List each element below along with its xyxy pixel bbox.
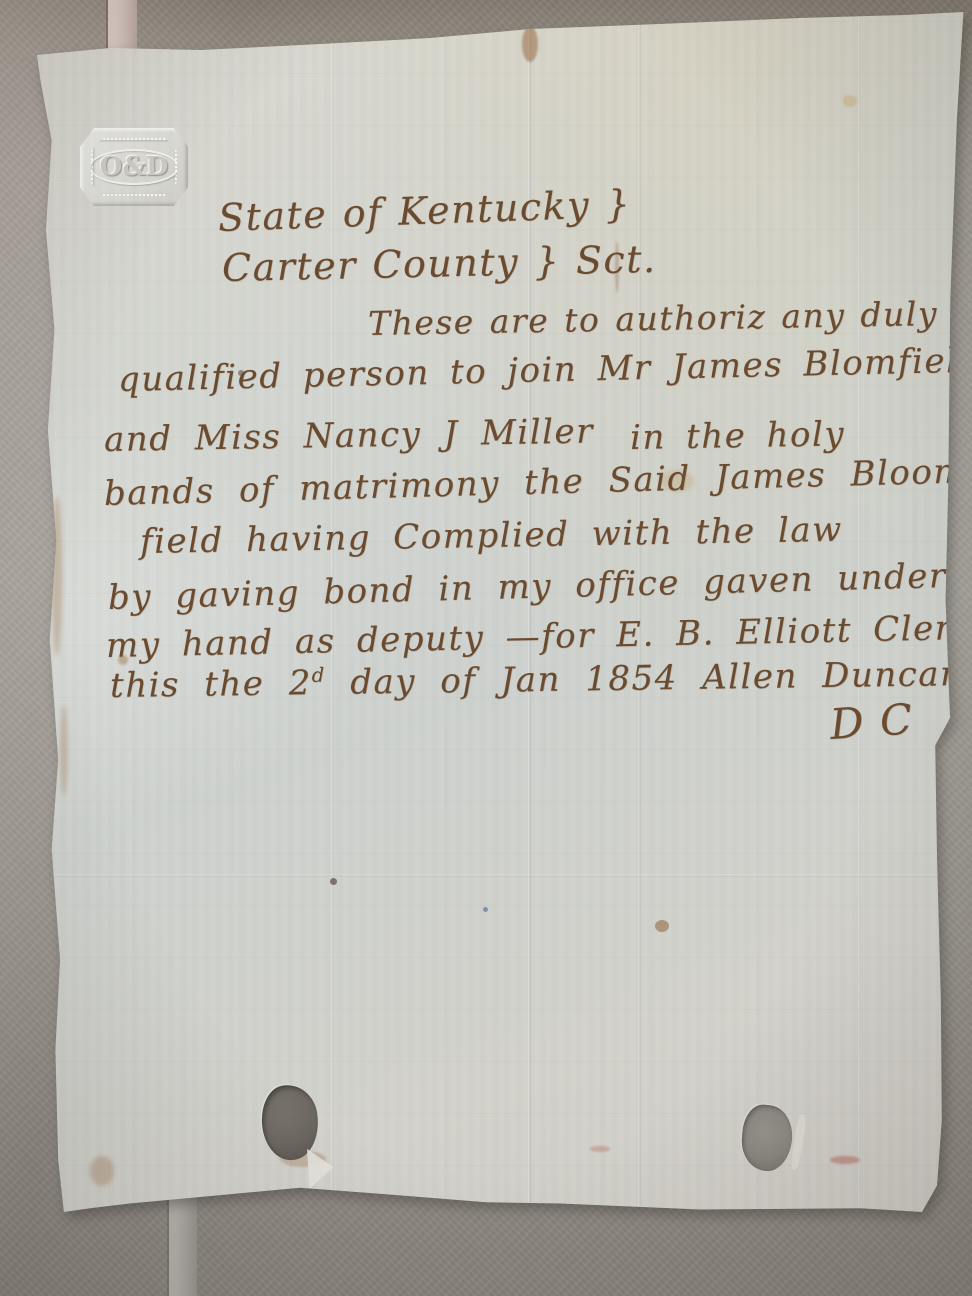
paper-hole-right <box>740 1103 794 1172</box>
date-prefix: this the 2 <box>110 663 312 706</box>
handwritten-line-county: Carter County } Sct. <box>222 237 657 290</box>
horizontal-fold-crease <box>49 874 951 877</box>
handwritten-line-3: These are to authoriz any duly <box>368 294 939 343</box>
red-mark <box>830 1156 860 1164</box>
date-superscript: d <box>312 664 326 687</box>
handwritten-line-5b: in the holy <box>630 414 846 458</box>
handwritten-line-deputy-clerk-initials: D C <box>828 694 915 749</box>
embossed-seal-text: O&D <box>100 152 169 182</box>
embossed-seal-border: O&D <box>91 138 177 196</box>
date-suffix: day of Jan 1854 Allen Duncan <box>326 654 964 703</box>
document-paper-wrapper: O&D State of Kentucky } Carter County } … <box>30 6 970 1218</box>
speck <box>330 878 337 885</box>
embossed-seal: O&D <box>80 128 188 206</box>
handwritten-line-7: field having Complied with the law <box>140 510 843 562</box>
handwritten-line-6: bands of matrimony the Said James Bloom <box>103 451 967 514</box>
document-paper: O&D State of Kentucky } Carter County } … <box>30 6 970 1218</box>
paper-hole-left <box>258 1082 322 1162</box>
handwritten-line-state: State of Kentucky } <box>217 182 632 240</box>
edge-rust-stain <box>52 496 62 656</box>
stain <box>655 920 669 932</box>
red-mark <box>590 1146 610 1152</box>
photo-of-document: { "scene": { "description": "Photograph … <box>0 0 972 1296</box>
torn-paper-sliver <box>790 1114 808 1171</box>
stain <box>522 26 538 62</box>
embossed-seal-oval: O&D <box>89 149 180 185</box>
stain <box>90 1156 114 1186</box>
handwritten-line-4: qualified person to join Mr James Blomfi… <box>118 340 972 400</box>
edge-rust-stain <box>60 706 68 796</box>
handwritten-line-5a: and Miss Nancy J Miller <box>104 411 594 460</box>
stain <box>843 95 857 107</box>
ink-dot <box>483 907 488 912</box>
vertical-fold-crease <box>638 6 641 1218</box>
